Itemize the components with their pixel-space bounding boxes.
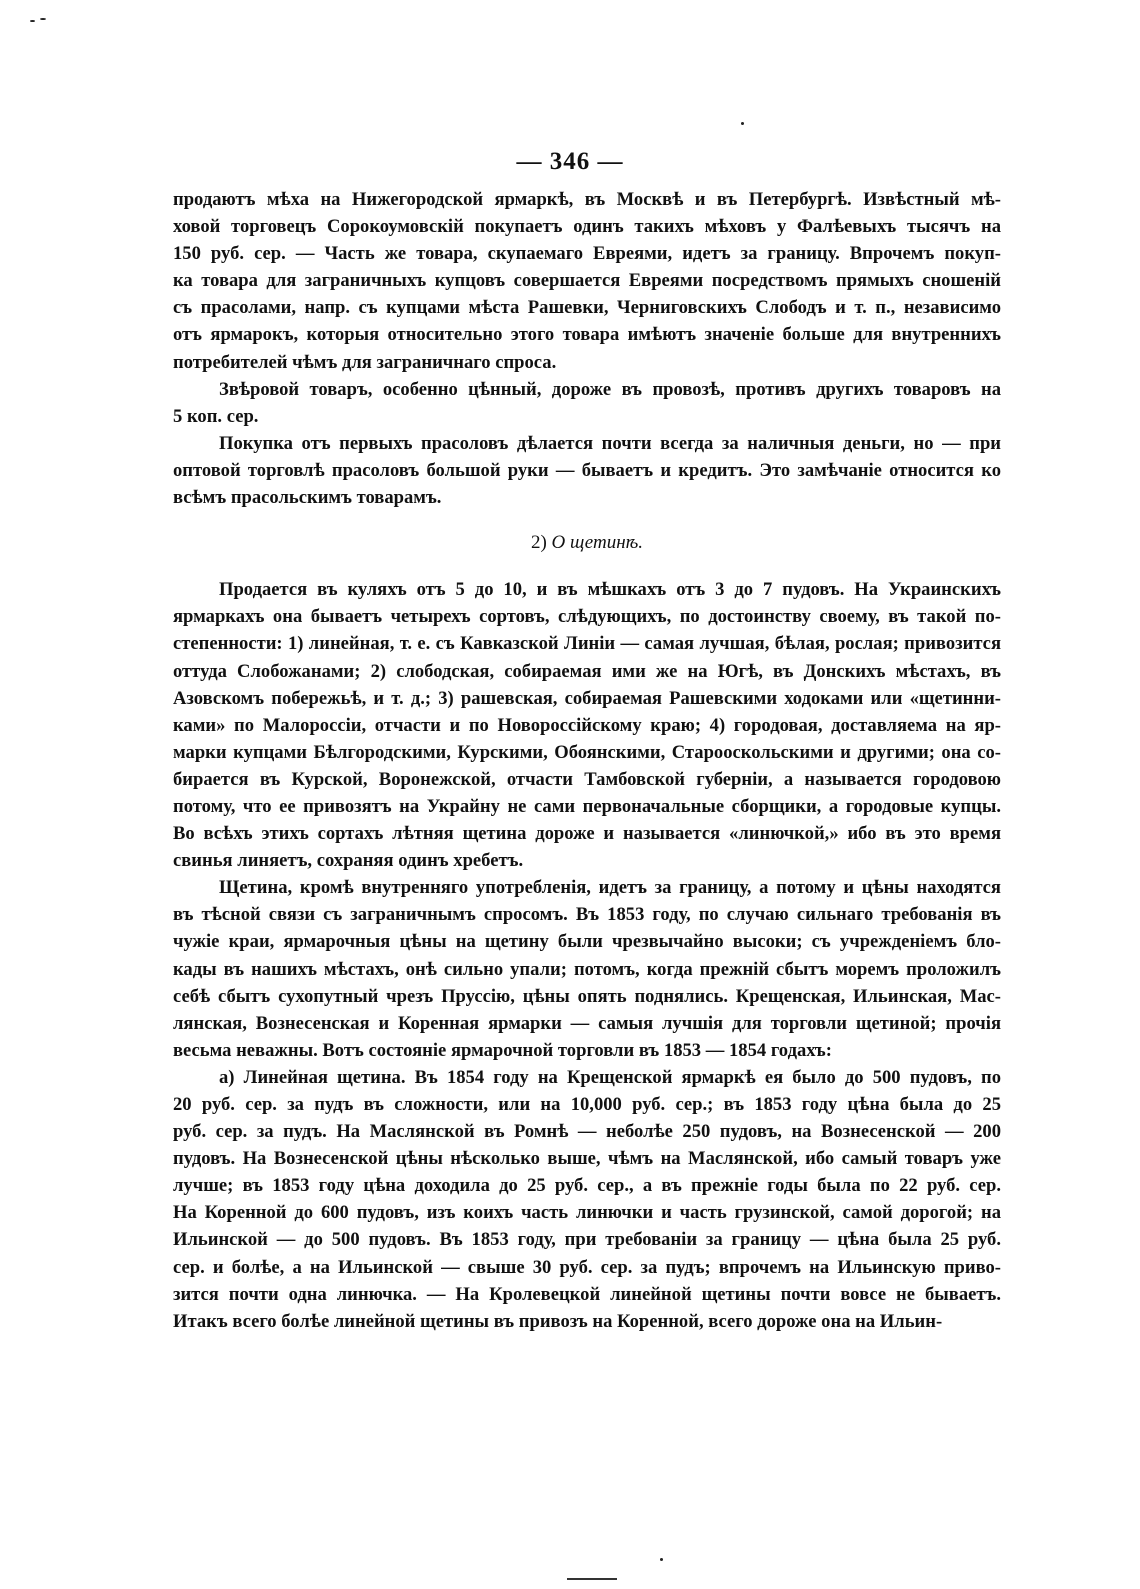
text-line: отъ ярмарокъ, которыя относительно этого… (173, 321, 1001, 348)
text-line: оттуда Слобожанами; 2) слободская, собир… (173, 658, 1001, 685)
text-line: зится почти одна линючка. — На Кролевецк… (173, 1281, 1001, 1308)
text-line: марки купцами Бѣлгородскими, Курскими, О… (173, 739, 1001, 766)
text-line: Звѣровой товаръ, особенно цѣнный, дороже… (173, 376, 1001, 403)
scan-speck (741, 122, 744, 125)
text-line: ховой торговецъ Сорокоумовскій покупаетъ… (173, 213, 1001, 240)
text-line: Покупка отъ первыхъ прасоловъ дѣлается п… (173, 430, 1001, 457)
text-line: Щетина, кромѣ внутренняго употребленія, … (173, 874, 1001, 901)
text-line: ками» по Малороссіи, отчасти и по Новоро… (173, 712, 1001, 739)
text-line: бирается въ Курской, Воронежской, отчаст… (173, 766, 1001, 793)
text-line: кады въ нашихъ мѣстахъ, онѣ сильно упали… (173, 956, 1001, 983)
paragraph: Покупка отъ первыхъ прасоловъ дѣлается п… (173, 430, 1001, 511)
page-body: продаютъ мѣха на Нижегородской ярмаркѣ, … (173, 186, 1001, 1335)
text-line: руб. сер. за пудъ. На Маслянской въ Ромн… (173, 1118, 1001, 1145)
text-line: лучше; въ 1853 году цѣна доходила до 25 … (173, 1172, 1001, 1199)
text-line: продаютъ мѣха на Нижегородской ярмаркѣ, … (173, 186, 1001, 213)
text-line: потому, что ее привозятъ на Украйну не с… (173, 793, 1001, 820)
text-line: оптовой торговлѣ прасоловъ большой руки … (173, 457, 1001, 484)
text-line: На Коренной до 600 пудовъ, изъ коихъ час… (173, 1199, 1001, 1226)
text-line: 5 коп. сер. (173, 403, 1001, 430)
page-number: — 346 — (0, 148, 1140, 176)
text-line: свинья линяетъ, сохраняя одинъ хребетъ. (173, 847, 1001, 874)
footer-rule (567, 1578, 617, 1580)
text-line: ярмаркахъ она бываетъ четырехъ сортовъ, … (173, 603, 1001, 630)
scan-speck (660, 1558, 663, 1561)
text-line: а) Линейная щетина. Въ 1854 году на Крещ… (173, 1064, 1001, 1091)
text-line: Ильинской — до 500 пудовъ. Въ 1853 году,… (173, 1226, 1001, 1253)
text-line: чужіе краи, ярмарочныя цѣны на щетину бы… (173, 928, 1001, 955)
paragraph: Звѣровой товаръ, особенно цѣнный, дороже… (173, 376, 1001, 430)
text-line: Продается въ куляхъ отъ 5 до 10, и въ мѣ… (173, 576, 1001, 603)
section-number: 2) (531, 532, 547, 553)
text-line: всѣмъ прасольскимъ товарамъ. (173, 484, 1001, 511)
scan-speck (40, 18, 46, 20)
paragraphs-before-section: продаютъ мѣха на Нижегородской ярмаркѣ, … (173, 186, 1001, 511)
text-line: 20 руб. сер. за пудъ въ сложности, или н… (173, 1091, 1001, 1118)
text-line: себѣ сбытъ сухопутный чрезъ Пруссію, цѣн… (173, 983, 1001, 1010)
text-line: Во всѣхъ этихъ сортахъ лѣтняя щетина дор… (173, 820, 1001, 847)
paragraphs-after-section: Продается въ куляхъ отъ 5 до 10, и въ мѣ… (173, 576, 1001, 1335)
text-line: степенности: 1) линейная, т. е. съ Кавка… (173, 630, 1001, 657)
text-line: въ тѣсной связи съ заграничнымъ спросомъ… (173, 901, 1001, 928)
text-line: съ прасолами, напр. съ купцами мѣста Раш… (173, 294, 1001, 321)
paragraph: Продается въ куляхъ отъ 5 до 10, и въ мѣ… (173, 576, 1001, 874)
text-line: 150 руб. сер. — Часть же товара, скупаем… (173, 240, 1001, 267)
section-title: 2) О щетинѣ. (173, 529, 1001, 556)
paragraph: Щетина, кромѣ внутренняго употребленія, … (173, 874, 1001, 1064)
text-line: потребителей чѣмъ для заграничнаго спрос… (173, 349, 1001, 376)
paragraph: а) Линейная щетина. Въ 1854 году на Крещ… (173, 1064, 1001, 1335)
text-line: Азовскомъ побережьѣ, и т. д.; 3) рашевск… (173, 685, 1001, 712)
text-line: сер. и болѣе, а на Ильинской — свыше 30 … (173, 1254, 1001, 1281)
text-line: ка товара для заграничныхъ купцовъ совер… (173, 267, 1001, 294)
text-line: Итакъ всего болѣе линейной щетины въ при… (173, 1308, 1001, 1335)
text-line: весьма неважны. Вотъ состояніе ярмарочно… (173, 1037, 1001, 1064)
paragraph: продаютъ мѣха на Нижегородской ярмаркѣ, … (173, 186, 1001, 376)
text-line: пудовъ. На Вознесенской цѣны нѣсколько в… (173, 1145, 1001, 1172)
scan-speck (30, 20, 35, 22)
section-heading: О щетинѣ. (552, 532, 644, 553)
text-line: лянская, Вознесенская и Коренная ярмарки… (173, 1010, 1001, 1037)
